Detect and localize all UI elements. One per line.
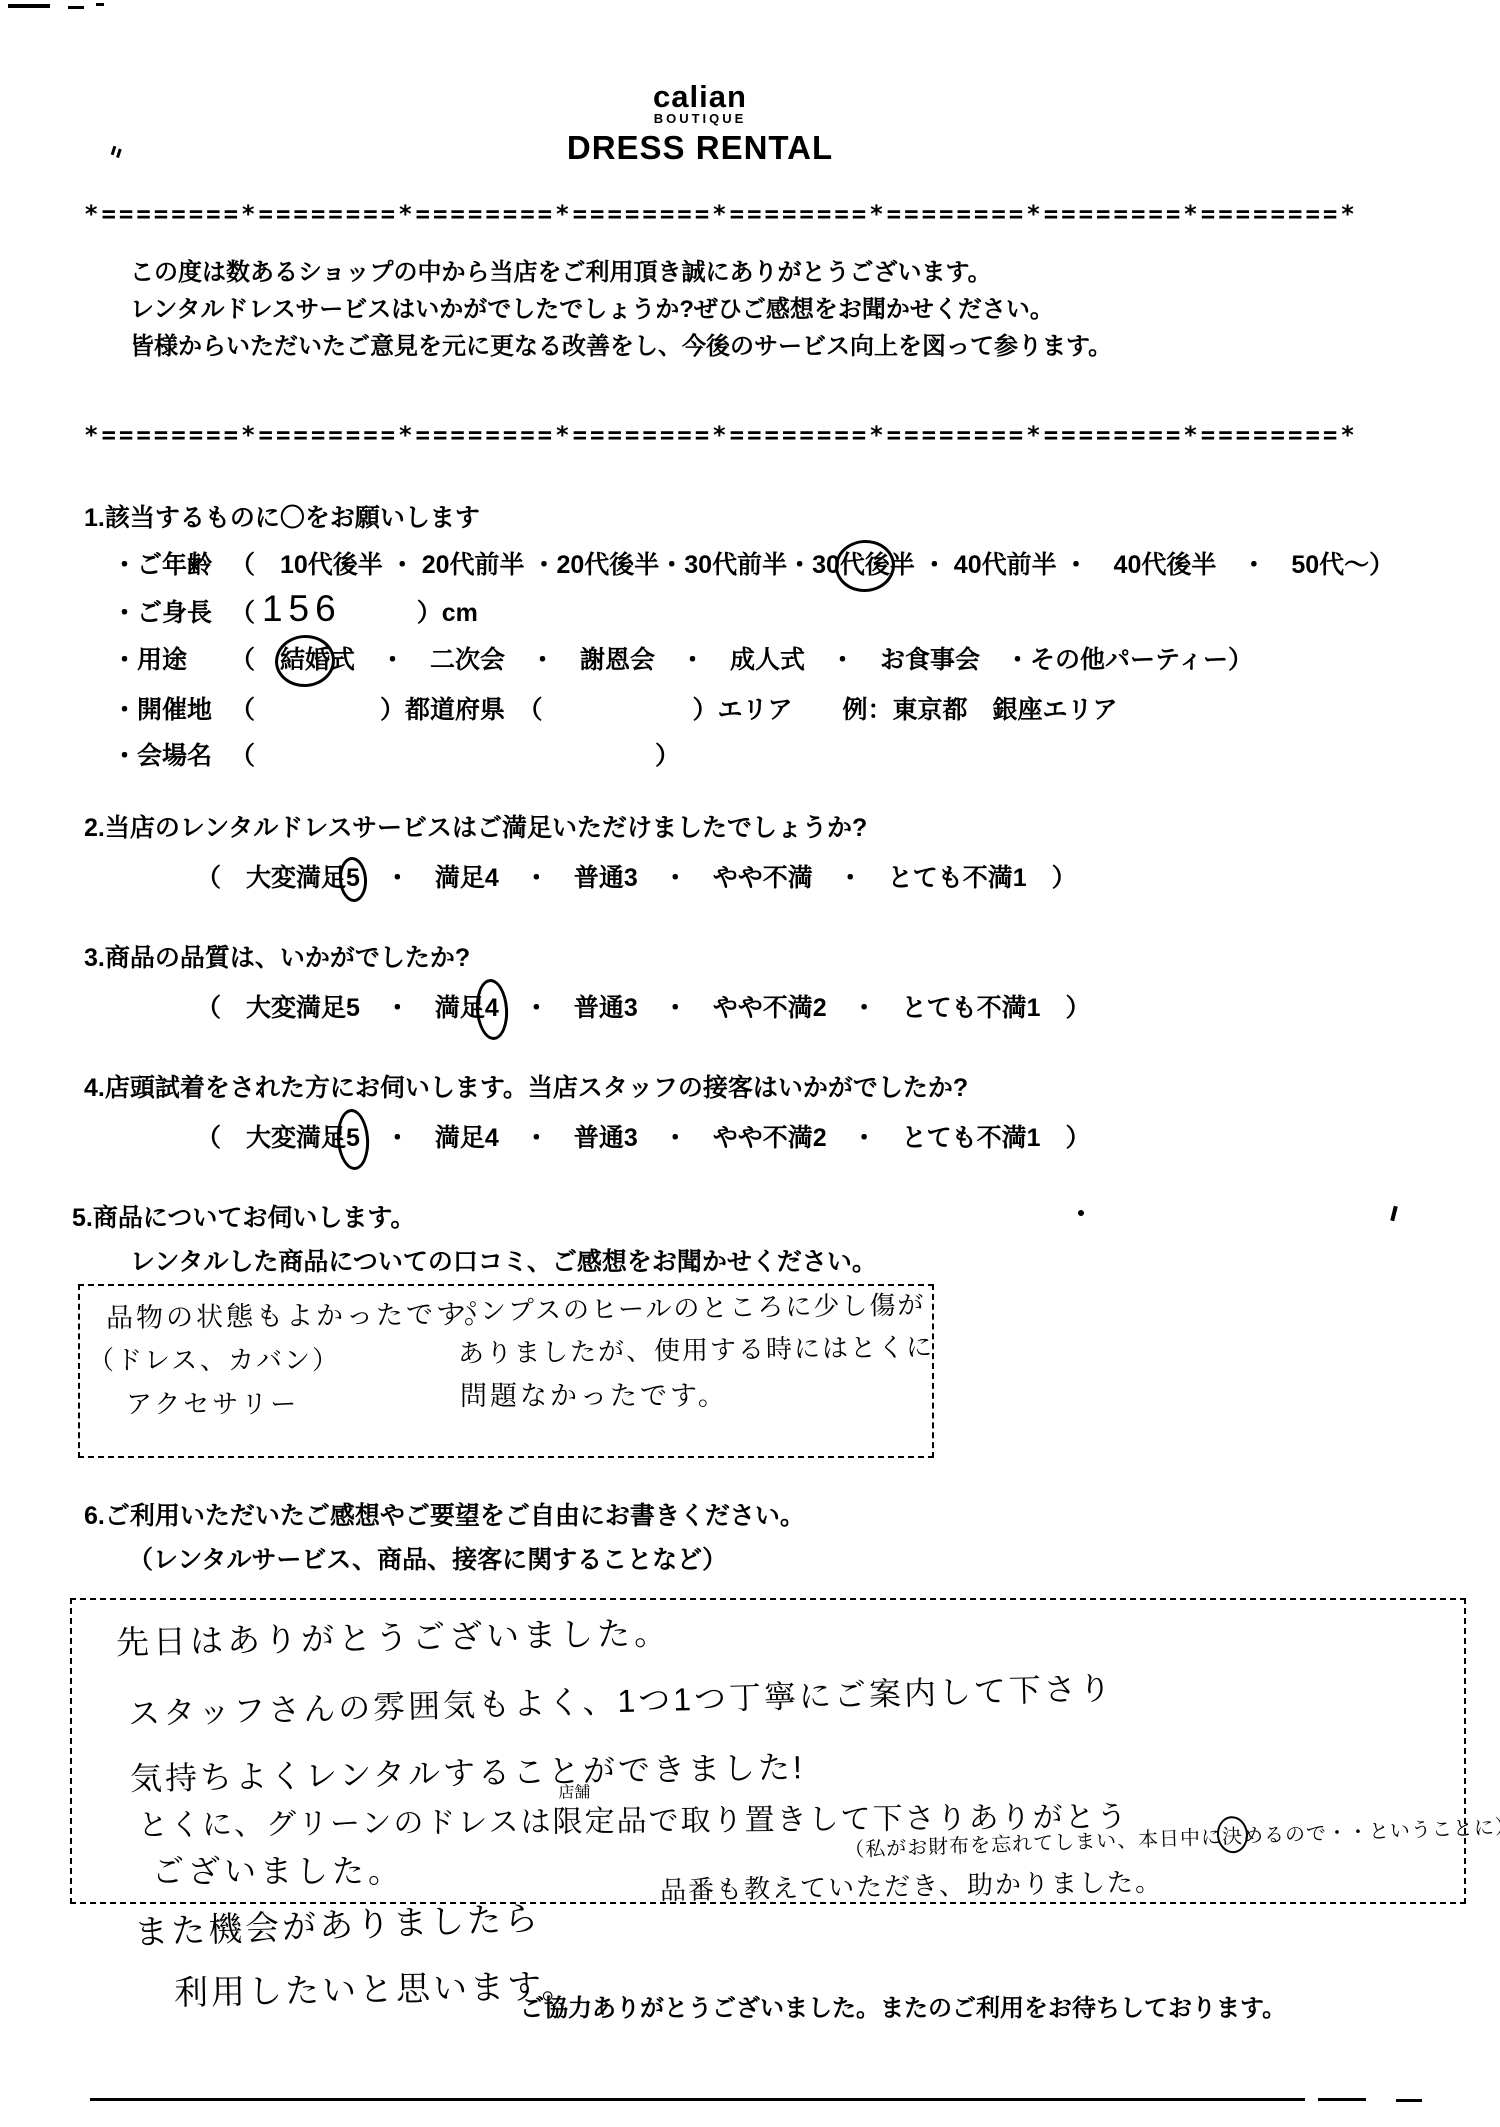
circle-annotation-age: 代後	[840, 545, 890, 581]
q3-title: 3.商品の品質は、いかがでしたか?	[84, 938, 470, 974]
brand-sub-label: BOUTIQUE	[400, 112, 1000, 126]
scan-artifact-bottom-rule	[1318, 2098, 1366, 2101]
q1-purpose-options: 式 ・ 二次会 ・ 謝恩会 ・ 成人式 ・ お食事会 ・その他パーティー）	[330, 646, 1253, 674]
scan-artifact	[68, 6, 84, 9]
q3-options: （ 大変満足5 ・ 満足4 ・ 普通3 ・ やや不満2 ・ とても不満1 ）	[196, 988, 1091, 1024]
q1-purpose-label: ・用途	[112, 640, 230, 676]
handwritten-q5-right-line: パンプスのヒールのところに少し傷が	[452, 1285, 926, 1329]
handwritten-q5-left-line: 品物の状態もよかったです。	[106, 1292, 494, 1335]
q6-answer-box: 先日はありがとうございました。 スタッフさんの雰囲気もよく、1つ1つ丁寧にご案内…	[70, 1598, 1466, 1904]
handwritten-q5-left-line: アクセサリー	[126, 1384, 299, 1421]
intro-paragraph: この度は数あるショップの中から当店をご利用頂き誠にありがとうございます。 レンタ…	[130, 254, 1112, 365]
q2-options: （ 大変満足5 ・ 満足4 ・ 普通3 ・ やや不満 ・ とても不満1 ）	[196, 858, 1077, 894]
intro-line: この度は数あるショップの中から当店をご利用頂き誠にありがとうございます。	[130, 254, 1112, 291]
handwritten-q5-right-line: 問題なかったです。	[460, 1374, 728, 1413]
scan-artifact-bottom-rule	[1396, 2099, 1422, 2102]
brand-header: calian BOUTIQUE DRESS RENTAL	[400, 82, 1000, 167]
q1-venue-row: ・会場名（ ）	[112, 736, 680, 772]
intro-line: 皆様からいただいたご意見を元に更なる改善をし、今後のサービス向上を図って参ります…	[130, 328, 1112, 365]
document-title: DRESS RENTAL	[400, 129, 1000, 167]
scan-artifact-bottom-rule	[90, 2098, 1305, 2101]
q1-height-row: ・ご身長（ 156 ）cm	[112, 588, 478, 630]
q1-place-label: ・開催地	[112, 690, 230, 726]
brand-logo: calian	[400, 82, 1000, 112]
annotated-limited-item: 店舗限定品	[552, 1796, 648, 1841]
circle-annotation-kimeru: 決	[1221, 1820, 1243, 1850]
closing-message: ご協力ありがとうございました。またのご利用をお待ちしております。	[520, 1988, 1286, 2023]
handwritten-q5-left-line: （ドレス、カバン）	[88, 1340, 340, 1377]
handwritten-q6-line: 品番も教えていただき、助かりました。	[660, 1862, 1164, 1908]
handwritten-q6-line: ございました。	[152, 1846, 404, 1892]
handwritten-q6-line: 利用したいと思います。	[174, 1958, 579, 2014]
q6-title: 6.ご利用いただいたご感想やご要望をご自由にお書きください。	[84, 1496, 805, 1532]
handwritten-height-value: 156	[262, 588, 342, 629]
q4-options: （ 大変満足5 ・ 満足4 ・ 普通3 ・ やや不満2 ・ とても不満1 ）	[196, 1118, 1091, 1154]
q2-title: 2.当店のレンタルドレスサービスはご満足いただけましたでしょうか?	[84, 808, 867, 844]
q1-age-label: ・ご年齢	[112, 545, 230, 581]
scan-artifact	[1078, 1210, 1084, 1216]
handwritten-note-above: 店舗	[558, 1779, 590, 1802]
q1-height-label: ・ご身長	[112, 593, 230, 629]
circle-annotation-purpose: 結婚	[280, 640, 330, 676]
circle-annotation-q2: 5	[346, 864, 360, 893]
q5-subtitle: レンタルした商品についての口コミ、ご感想をお聞かせください。	[130, 1242, 877, 1278]
q1-age-options: （ 10代後半 ・ 20代前半 ・20代後半・30代前半・30	[230, 551, 840, 579]
q1-purpose-row: ・用途（ 結婚式 ・ 二次会 ・ 謝恩会 ・ 成人式 ・ お食事会 ・その他パー…	[112, 640, 1253, 676]
handwritten-q5-right-line: ありましたが、使用する時にはとくに	[458, 1327, 934, 1371]
q5-title: 5.商品についてお伺いします。	[72, 1198, 415, 1234]
scan-artifact	[1390, 1206, 1398, 1222]
scan-artifact	[111, 146, 117, 155]
divider-line-bottom: *========*========*========*========*===…	[84, 421, 1358, 449]
handwritten-q6-line: また機会がありましたら	[133, 1891, 541, 1954]
scan-artifact	[96, 3, 104, 6]
intro-line: レンタルドレスサービスはいかがでしたでしょうか?ぜひご感想をお聞かせください。	[130, 291, 1112, 328]
q5-answer-box: 品物の状態もよかったです。 （ドレス、カバン） アクセサリー パンプスのヒールの…	[78, 1284, 934, 1458]
handwritten-q6-line: 先日はありがとうございました。	[116, 1607, 672, 1664]
q1-title: 1.該当するものに〇をお願いします	[84, 498, 480, 534]
q1-age-row: ・ご年齢（ 10代後半 ・ 20代前半 ・20代後半・30代前半・30代後半 ・…	[112, 545, 1394, 581]
q6-subtitle: （レンタルサービス、商品、接客に関することなど）	[128, 1540, 727, 1576]
q4-title: 4.店頭試着をされた方にお伺いします。当店スタッフの接客はいかがでしたか?	[84, 1068, 968, 1104]
circle-annotation-q4: 5	[346, 1124, 360, 1153]
q1-place-row: ・開催地（ ）都道府県 （ ）エリア 例：東京都 銀座エリア	[112, 690, 1118, 726]
divider-line-top: *========*========*========*========*===…	[84, 200, 1358, 228]
scanned-feedback-form: calian BOUTIQUE DRESS RENTAL *========*=…	[0, 0, 1500, 2127]
circle-annotation-q3: 4	[485, 994, 499, 1023]
handwritten-q6-line: 気持ちよくレンタルすることができました!	[130, 1742, 806, 1800]
handwritten-q6-line: スタッフさんの雰囲気もよく、1つ1つ丁寧にご案内して下さり	[128, 1663, 1115, 1735]
q1-venue-label: ・会場名	[112, 736, 230, 772]
scan-artifact	[8, 4, 50, 8]
